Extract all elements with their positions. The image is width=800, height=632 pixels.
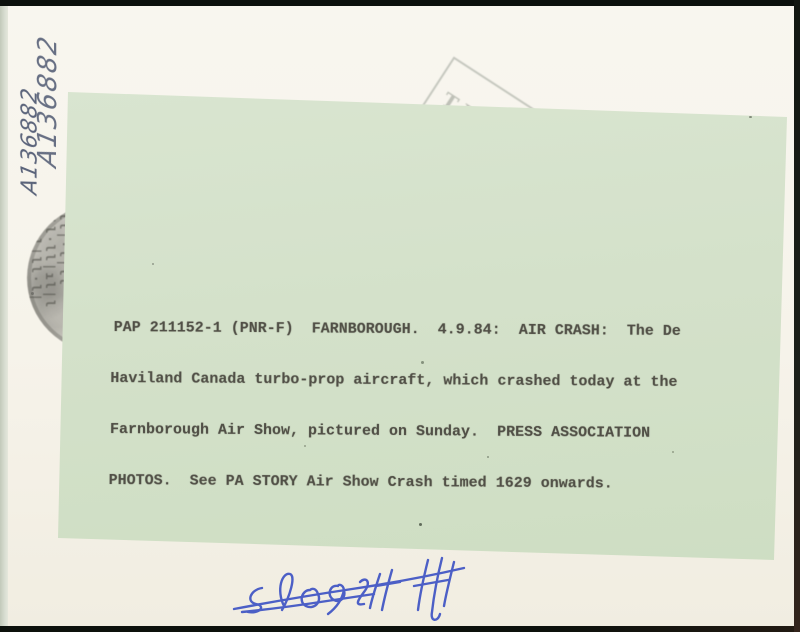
dust-speck — [304, 445, 306, 447]
dust-speck — [487, 456, 489, 458]
dust-speck — [672, 451, 674, 453]
handwritten-scribble — [232, 546, 470, 622]
dust-speck — [421, 361, 424, 364]
dust-speck — [152, 263, 154, 265]
caption-line: PHOTOS. See PA STORY Air Show Crash time… — [109, 472, 680, 493]
frame-border-bottom — [0, 626, 800, 632]
caption-line: Haviland Canada turbo-prop aircraft, whi… — [110, 370, 680, 391]
frame-border-top — [0, 0, 800, 6]
dust-speck — [749, 116, 752, 118]
negative-number-inner-text: A136882 — [33, 32, 63, 169]
stamp-text-line: |l·ll|ıl|l — [43, 217, 57, 309]
press-photo-back: ıl|ll·l| |l·ll|ıl|l ll|·l|ll |ll·|l TH A… — [0, 0, 800, 632]
frame-border-right — [794, 0, 800, 632]
typed-caption: PAP 211152-1 (PNR-F) FARNBOROUGH. 4.9.84… — [108, 285, 681, 527]
caption-line: Farnborough Air Show, pictured on Sunday… — [110, 421, 680, 442]
caption-line: PAP 211152-1 (PNR-F) FARNBOROUGH. 4.9.84… — [114, 319, 681, 340]
dust-speck — [419, 523, 422, 526]
dust-speck — [31, 292, 34, 295]
scribble-strokes — [234, 558, 464, 620]
